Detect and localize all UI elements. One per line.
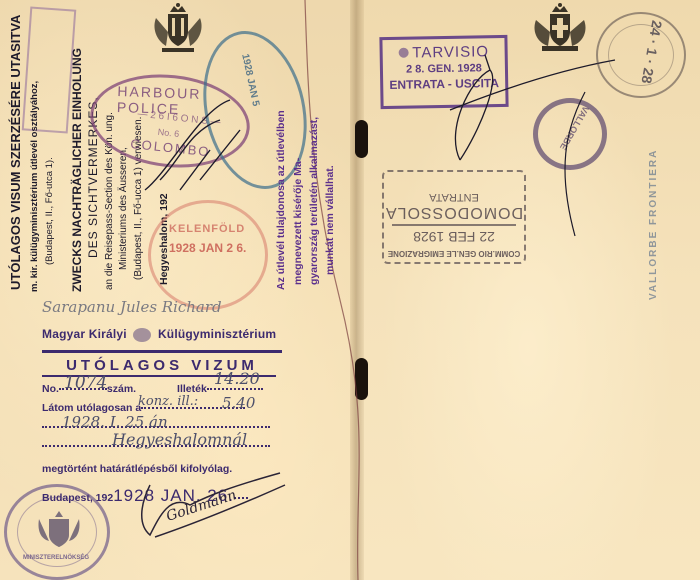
printed-line-2: m. kir. külügyminisztérium útlevél osztá…: [29, 81, 40, 292]
visa-hand-line-3: Hegyeshalomnál: [42, 440, 282, 459]
seen-handwritten-1: konz. ill.:: [138, 394, 198, 409]
domodossola-direction: ENTRATA: [384, 191, 524, 203]
visa-header: Magyar Királyi Külügyminisztérium: [42, 327, 282, 342]
ministry-round-seal: MINISZTERELNÖKSÉG: [4, 484, 110, 580]
red-stamp-date: 1928 JAN 2 6.: [169, 241, 246, 255]
visa-rule: [42, 350, 282, 353]
faded-blue-stamp-text: VALLORBE FRONTIERA: [648, 149, 659, 300]
kelenfold-red-stamp: KELENFÖLD 1928 JAN 2 6.: [148, 200, 268, 310]
small-crest-icon: [133, 328, 151, 342]
seal-inner-text: MINISZTERELNÖKSÉG: [23, 555, 89, 561]
fee-value: 14.20: [214, 369, 260, 388]
handwritten-date-line: 1928. I. 25 án: [62, 413, 168, 431]
domodossola-office: COMM.RIO GEN.LE EMIGRAZIONE: [384, 249, 524, 258]
crown-eagle-seal-icon: [37, 509, 81, 553]
domodossola-stamp: COMM.RIO GEN.LE EMIGRAZIONE 22 FEB 1928 …: [382, 170, 526, 264]
handwritten-place-line: Hegyeshalomnál: [112, 430, 247, 449]
number-label: No.: [42, 383, 59, 395]
visa-header-left: Magyar Királyi: [42, 327, 127, 341]
notice-line-3: gyarország területén alkalmazást,: [308, 117, 320, 285]
domodossola-date: 22 FEB 1928: [384, 229, 524, 245]
signature-scribble-left: [140, 90, 260, 200]
printed-line-7: Ministeriums des Äusseren,: [118, 147, 129, 270]
fold-line: [300, 0, 360, 580]
menton-stamp: 24 · 1 · 28: [596, 12, 686, 98]
printed-line-4: ZWECKS NACHTRÄGLICHER EINHOLUNG: [70, 48, 84, 292]
hungarian-coat-of-arms-icon: [148, 2, 208, 56]
notice-line-1: Az útlevél tulajdonosa az útlevélben: [275, 110, 287, 290]
printed-line-1: UTÓLAGOS VISUM SZERZÉSÉRE UTASITVA: [8, 15, 23, 290]
visa-number-value: 1074: [64, 373, 107, 393]
visa-header-right: Külügyminisztérium: [158, 327, 276, 341]
red-stamp-place: KELENFÖLD: [169, 223, 245, 235]
domodossola-place: DOMODOSSOLA: [384, 203, 524, 221]
italian-coat-of-arms-icon: [530, 2, 590, 56]
notice-line-4: munkát nem vállalhat.: [324, 165, 336, 275]
notice-line-2: megnevezett kisérője Ma-: [292, 158, 304, 285]
number-suffix: szám.: [107, 383, 136, 395]
tarvisio-emblem-icon: [398, 48, 408, 58]
seen-handwritten-2: 5.40: [222, 394, 255, 412]
printed-line-3: (Budapest, II., Fő-utca 1).: [44, 157, 55, 265]
scribble-line: [555, 90, 595, 240]
